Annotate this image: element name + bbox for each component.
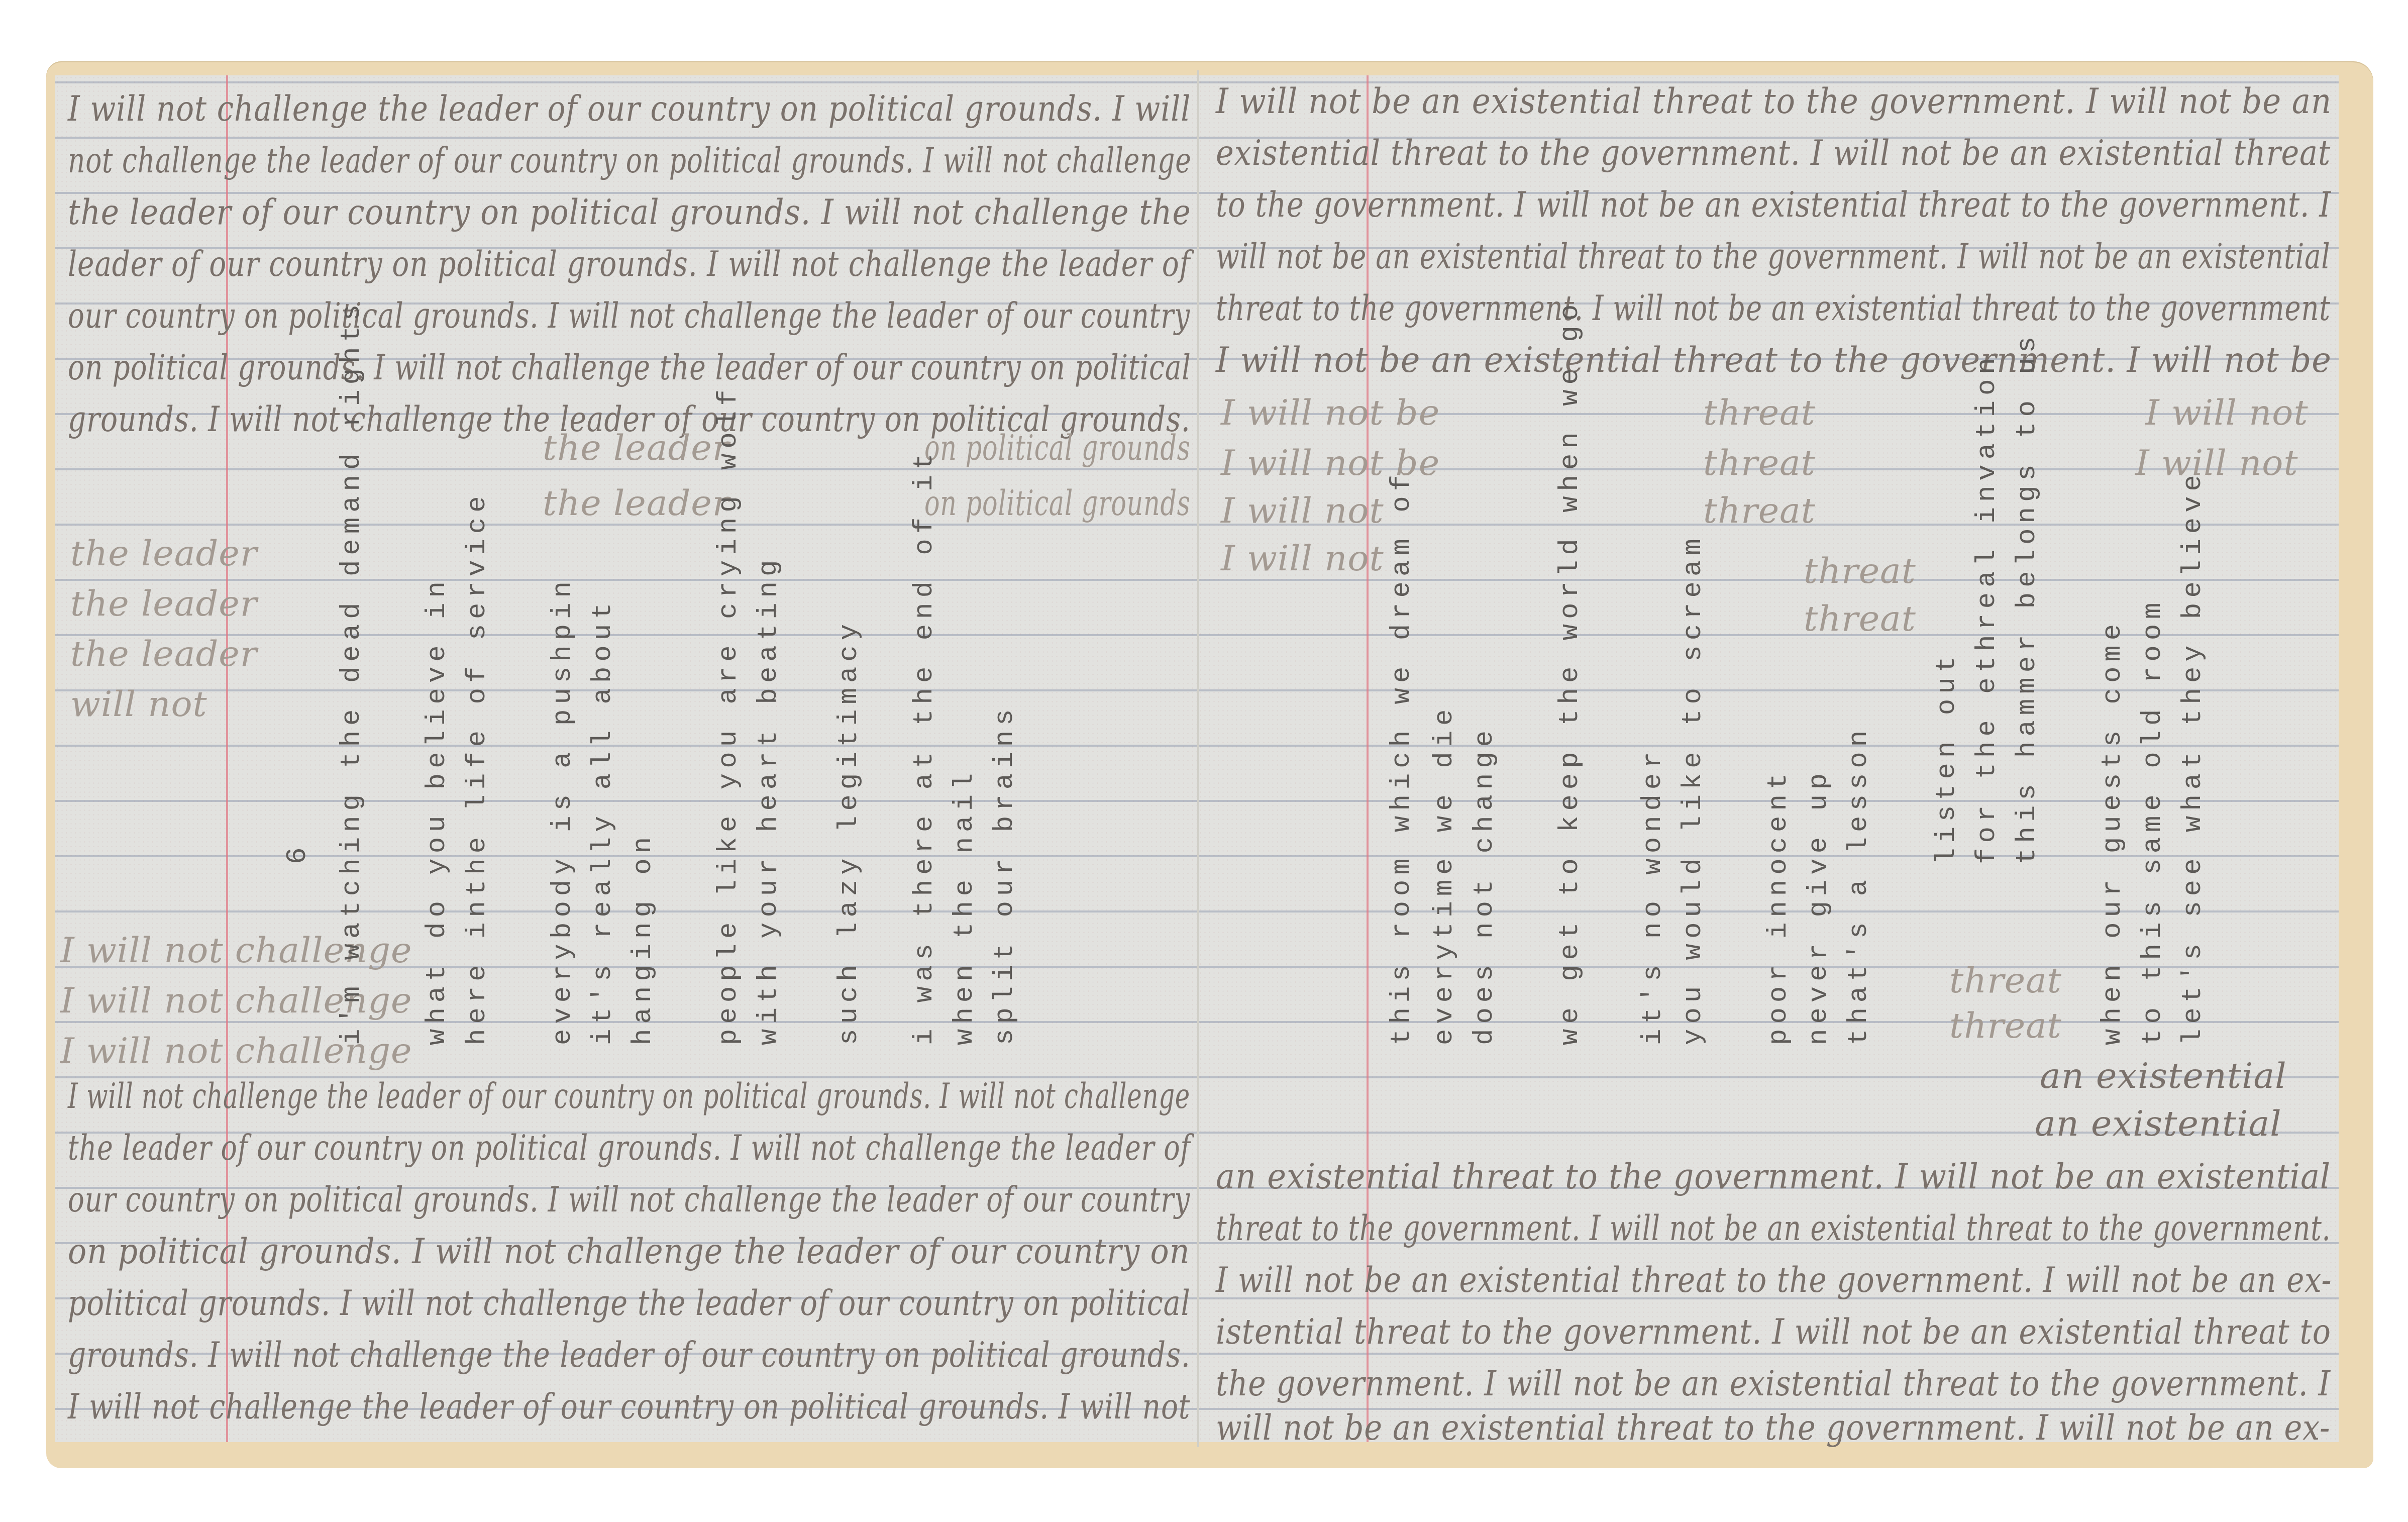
typed-line: poor innocent <box>1763 768 1794 1045</box>
typed-line: you would like to scream <box>1678 534 1709 1045</box>
handwritten-fragment: will not <box>70 683 207 725</box>
typed-line: this hammer belongs to us <box>2012 332 2043 864</box>
handwritten-line: threat to the government. I will not be … <box>1216 287 2331 329</box>
handwritten-line: will not be an existential threat to the… <box>1216 236 2331 277</box>
handwritten-line: threat to the government. I will not be … <box>1216 1207 2331 1249</box>
typed-line: let's see what they believe <box>2178 470 2209 1045</box>
typed-line: to this same old room <box>2138 597 2168 1045</box>
handwritten-line: leader of our country on political groun… <box>68 243 1190 284</box>
handwritten-line: on political grounds. I will not challen… <box>68 347 1191 388</box>
handwritten-fragment: threat <box>1949 960 2062 1001</box>
typed-line: listen out <box>1932 651 1962 864</box>
typed-line: it's no wonder <box>1638 747 1668 1045</box>
handwritten-fragment: the leader <box>543 427 729 468</box>
handwritten-fragment: I will not <box>1221 490 1384 531</box>
typed-line: when the nail <box>950 768 980 1045</box>
handwritten-fragment: I will not be <box>1221 392 1440 433</box>
handwritten-fragment: threat <box>1703 442 1816 483</box>
handwritten-line: our country on political grounds. I will… <box>68 295 1190 336</box>
handwritten-line: existential threat to the government. I … <box>1216 132 2331 173</box>
handwritten-line: I will not be an existential threat to t… <box>1216 339 2332 380</box>
handwritten-line: the government. I will not be an existen… <box>1216 1363 2331 1404</box>
handwritten-line: will not be an existential threat to the… <box>1216 1407 2330 1448</box>
handwritten-line: not challenge the leader of our country … <box>68 140 1192 181</box>
handwritten-line: the leader of our country on political g… <box>68 191 1191 233</box>
typed-line: never give up <box>1804 768 1834 1045</box>
handwritten-fragment: the leader <box>70 583 257 624</box>
handwritten-line: an existential threat to the government.… <box>1216 1156 2331 1197</box>
typed-line: i'm watching the dead demand rights <box>337 299 367 1045</box>
typed-line: with your heart beating <box>754 555 784 1045</box>
typed-line: it's really all about <box>588 597 618 1045</box>
handwritten-fragment: I will not <box>2145 392 2309 433</box>
handwritten-line: the leader of our country on political g… <box>68 1127 1191 1168</box>
typed-line: such lazy legitimacy <box>834 619 865 1045</box>
typed-line: everytime we die <box>1429 704 1460 1045</box>
handwritten-line: grounds. I will not challenge the leader… <box>68 1334 1191 1375</box>
handwritten-fragment: threat <box>1804 550 1916 591</box>
handwritten-fragment: threat <box>1949 1005 2062 1046</box>
typed-line: for the ethreal invation <box>1972 353 2003 864</box>
handwritten-fragment: threat <box>1703 392 1816 433</box>
typed-line: here inthe life of service <box>462 491 493 1045</box>
handwritten-line: istential threat to the government. I wi… <box>1216 1311 2331 1352</box>
typed-line: what do you believe in <box>422 576 453 1045</box>
handwritten-line: I will not challenge the leader of our c… <box>68 1386 1190 1427</box>
typed-line: everybody is a pushpin <box>548 576 578 1045</box>
handwritten-fragment: I will not <box>1221 538 1384 579</box>
handwritten-line: I will not challenge the leader of our c… <box>68 88 1191 129</box>
typed-line: people like you are crying wolf <box>713 384 744 1045</box>
handwritten-line: political grounds. I will not challenge … <box>68 1282 1191 1324</box>
handwritten-fragment: an existential <box>2035 1103 2282 1144</box>
typed-line: this room which we dream of <box>1387 470 1417 1045</box>
page-gutter <box>1197 70 1199 1447</box>
handwritten-fragment: the leader <box>70 533 257 574</box>
typed-line: i was there at the end of it <box>909 449 940 1045</box>
handwritten-line: I will not be an existential threat to t… <box>1216 80 2332 122</box>
handwritten-fragment: threat <box>1804 598 1916 639</box>
typed-line: hanging on <box>628 832 659 1045</box>
handwritten-line: on political grounds. I will not challen… <box>68 1231 1190 1272</box>
page-number: 6 <box>281 847 313 864</box>
handwritten-fragment: threat <box>1703 490 1816 531</box>
typed-line: we get to keep the world when we go <box>1555 299 1586 1045</box>
handwritten-fragment: the leader <box>70 633 257 674</box>
handwritten-fragment: I will not <box>2135 442 2298 483</box>
handwritten-fragment: on political grounds <box>924 482 1191 524</box>
handwritten-line: I will not be an existential threat to t… <box>1216 1259 2332 1300</box>
typed-line: split our brains <box>990 704 1020 1045</box>
handwritten-fragment: on political grounds <box>924 427 1191 468</box>
handwritten-fragment: the leader <box>543 482 729 524</box>
handwritten-line: our country on political grounds. I will… <box>68 1179 1190 1220</box>
typed-line: when our guests come <box>2098 619 2128 1045</box>
handwritten-line: to the government. I will not be an exis… <box>1216 184 2331 225</box>
handwritten-line: I will not challenge the leader of our c… <box>68 1075 1190 1117</box>
typed-line: that's a lesson <box>1844 726 1874 1045</box>
handwritten-fragment: an existential <box>2040 1055 2287 1096</box>
typed-line: does not change <box>1470 726 1500 1045</box>
